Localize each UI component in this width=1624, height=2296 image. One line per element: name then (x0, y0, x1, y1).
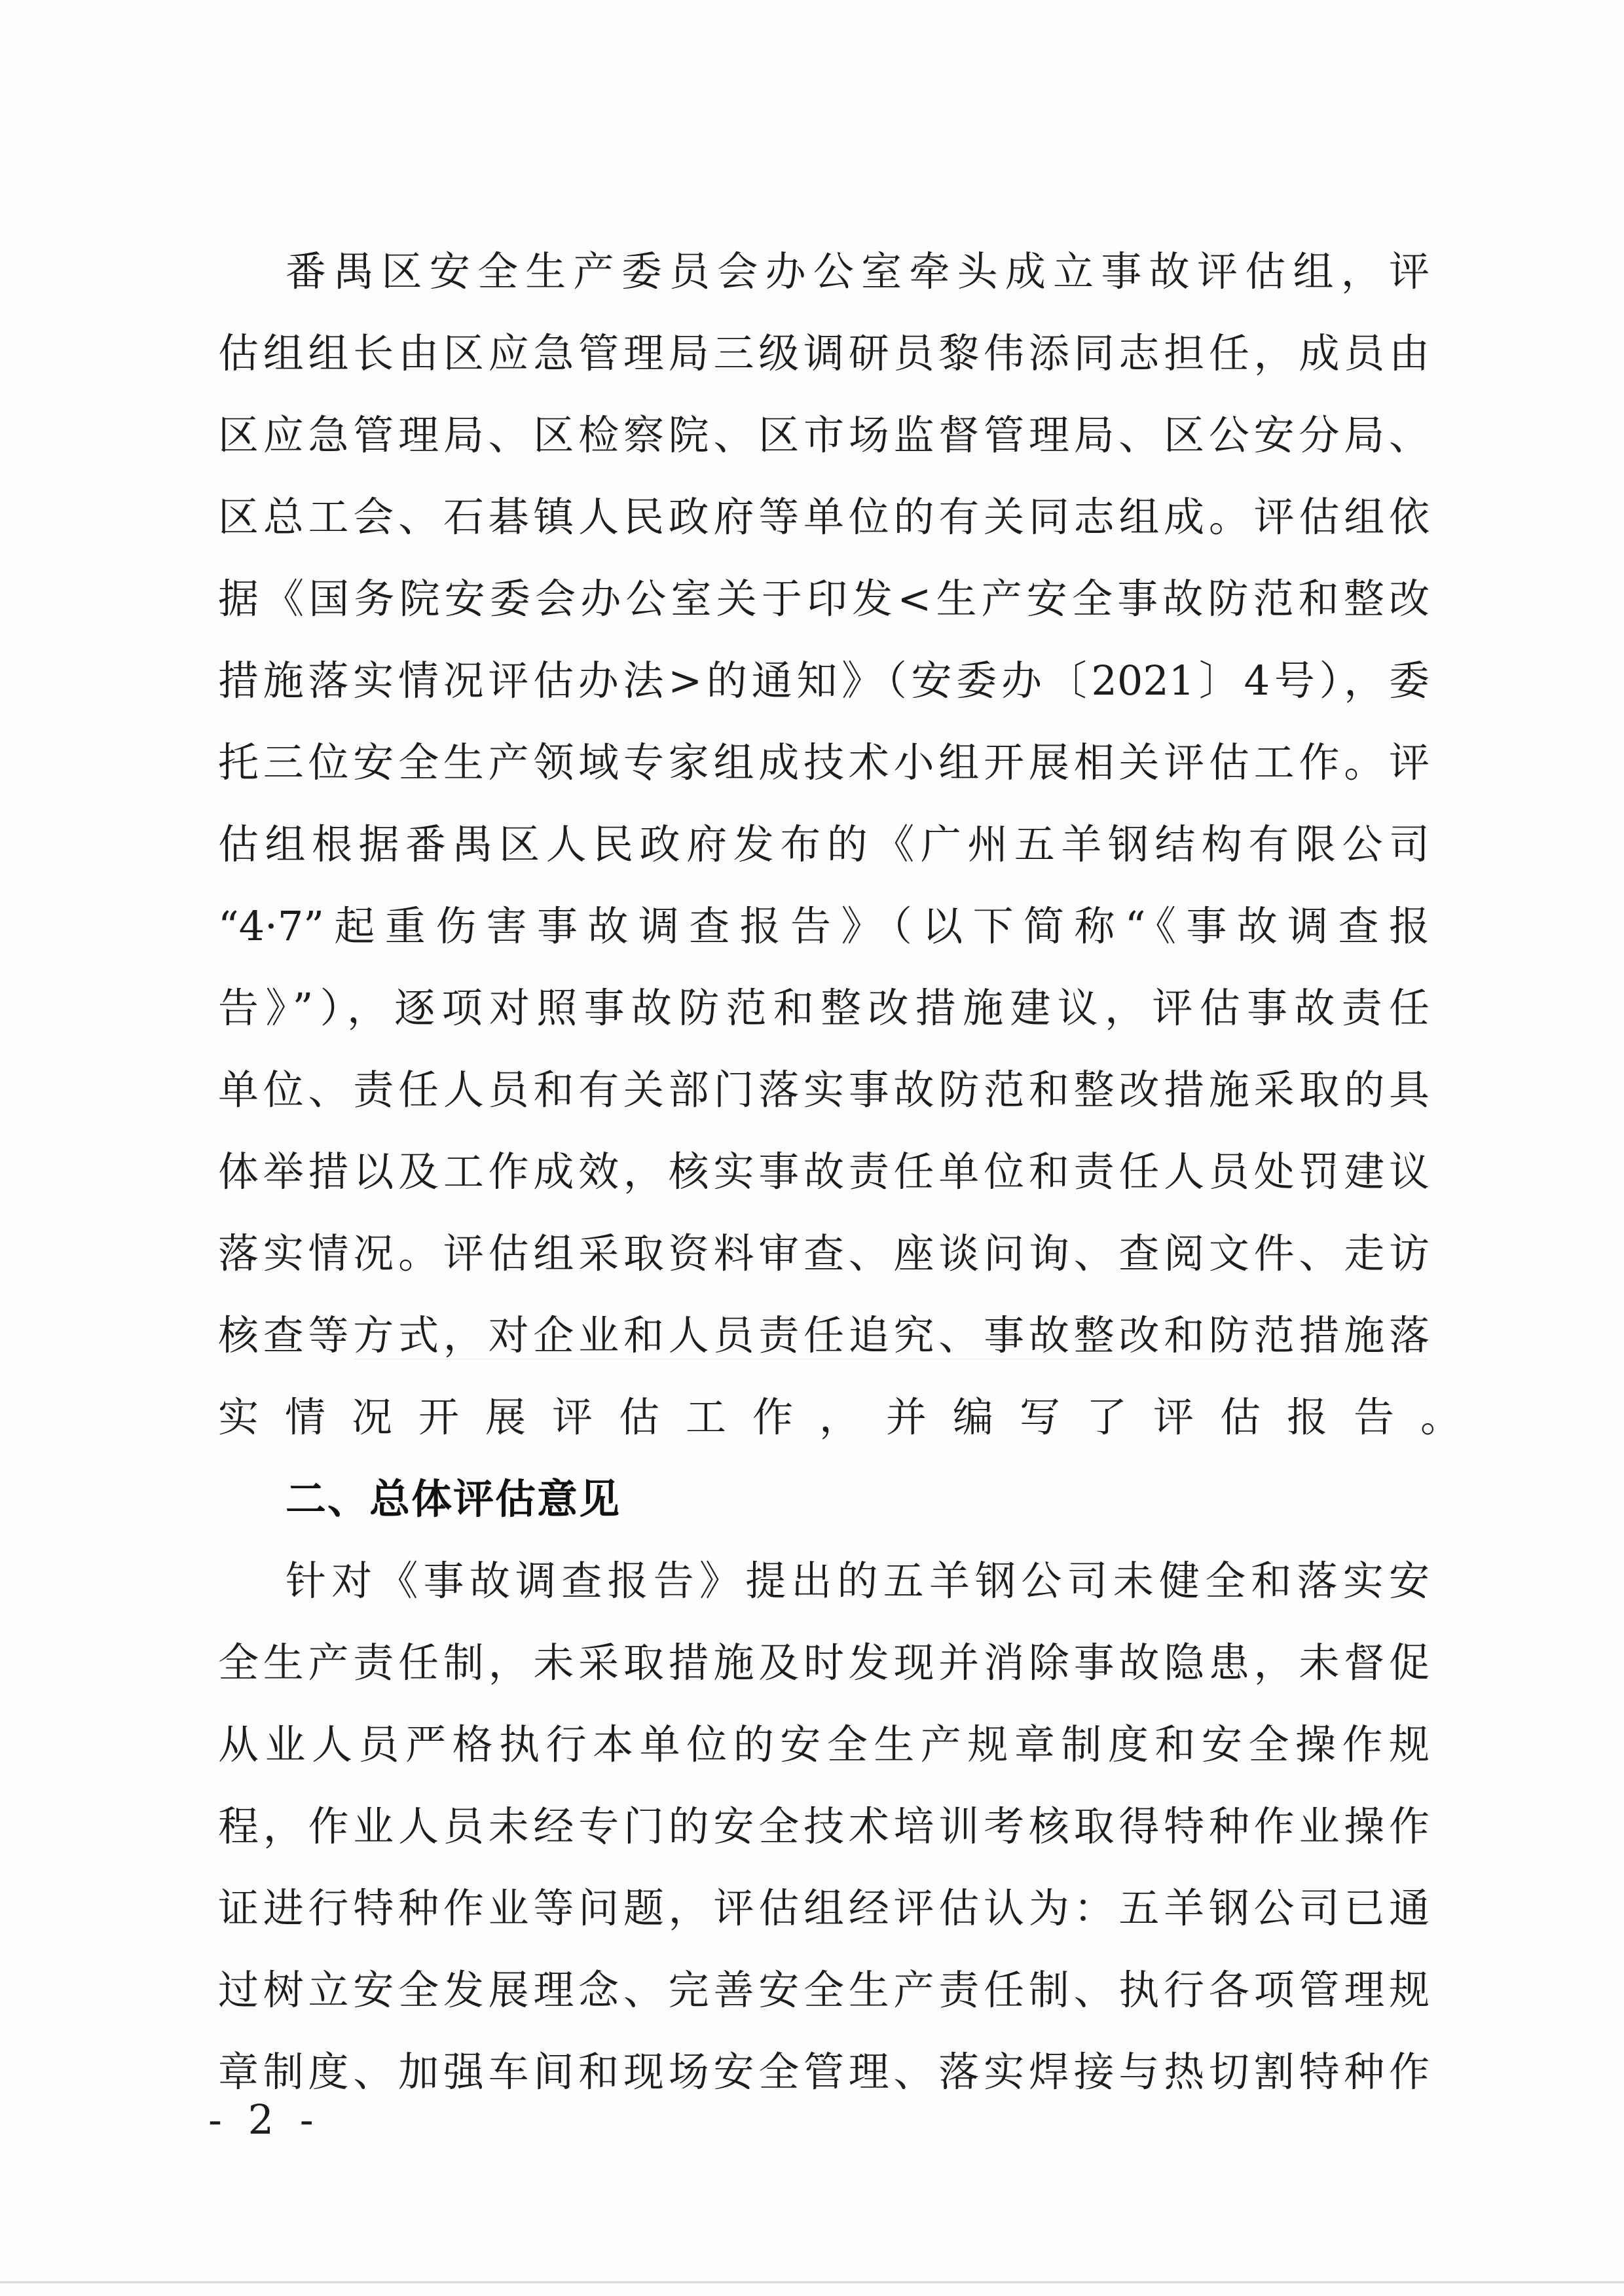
paragraph-1-line: 措施落实情况评估办法>的通知》（安委办〔2021〕4号），委 (218, 640, 1430, 721)
paragraph-1-line: 估组组长由区应急管理局三级调研员黎伟添同志担任，成员由 (218, 312, 1430, 394)
paragraph-2-line: 针对《事故调查报告》提出的五羊钢公司未健全和落实安 (218, 1540, 1430, 1622)
paragraph-1-last-line: 实情况开展评估工作，并编写了评估报告。 (218, 1376, 1430, 1458)
scan-page-edge (0, 2281, 1624, 2284)
paragraph-2-line: 从业人员严格执行本单位的安全生产规章制度和安全操作规 (218, 1704, 1430, 1785)
paragraph-1-line: 据《国务院安委会办公室关于印发<生产安全事故防范和整改 (218, 558, 1430, 640)
paragraph-2-line: 程，作业人员未经专门的安全技术培训考核取得特种作业操作 (218, 1785, 1430, 1867)
paragraph-1-line: 体举措以及工作成效，核实事故责任单位和责任人员处罚建议 (218, 1131, 1430, 1212)
paragraph-1-line: 区应急管理局、区检察院、区市场监督管理局、区公安分局、 (218, 394, 1430, 476)
paragraph-2-line: 全生产责任制，未采取措施及时发现并消除事故隐患，未督促 (218, 1622, 1430, 1704)
document-page: 番禺区安全生产委员会办公室牵头成立事故评估组，评 估组组长由区应急管理局三级调研… (0, 0, 1624, 2296)
paragraph-2-line: 章制度、加强车间和现场安全管理、落实焊接与热切割特种作 (218, 2031, 1430, 2113)
paragraph-1-line: 托三位安全生产领域专家组成技术小组开展相关评估工作。评 (218, 721, 1430, 803)
paragraph-2-line: 证进行特种作业等问题，评估组经评估认为：五羊钢公司已通 (218, 1867, 1430, 1949)
section-heading: 二、总体评估意见 (218, 1458, 1430, 1540)
paragraph-1-line: 估组根据番禺区人民政府发布的《广州五羊钢结构有限公司 (218, 803, 1430, 885)
document-body: 番禺区安全生产委员会办公室牵头成立事故评估组，评 估组组长由区应急管理局三级调研… (218, 230, 1430, 2113)
paragraph-1-line: 核查等方式，对企业和人员责任追究、事故整改和防范措施落 (218, 1294, 1430, 1376)
paragraph-1-line: 番禺区安全生产委员会办公室牵头成立事故评估组，评 (218, 230, 1430, 312)
paragraph-1-line: 区总工会、石碁镇人民政府等单位的有关同志组成。评估组依 (218, 476, 1430, 558)
page-number: - 2 - (208, 2087, 320, 2153)
paragraph-2-line: 过树立安全发展理念、完善安全生产责任制、执行各项管理规 (218, 1949, 1430, 2031)
paragraph-1-line: 单位、责任人员和有关部门落实事故防范和整改措施采取的具 (218, 1049, 1430, 1131)
paragraph-1-line: 落实情况。评估组采取资料审查、座谈问询、查阅文件、走访 (218, 1212, 1430, 1294)
paragraph-1-line: 告》”），逐项对照事故防范和整改措施建议，评估事故责任 (218, 967, 1430, 1049)
paragraph-1-line: “4·7”起重伤害事故调查报告》（以下简称“《事故调查报 (218, 885, 1430, 967)
